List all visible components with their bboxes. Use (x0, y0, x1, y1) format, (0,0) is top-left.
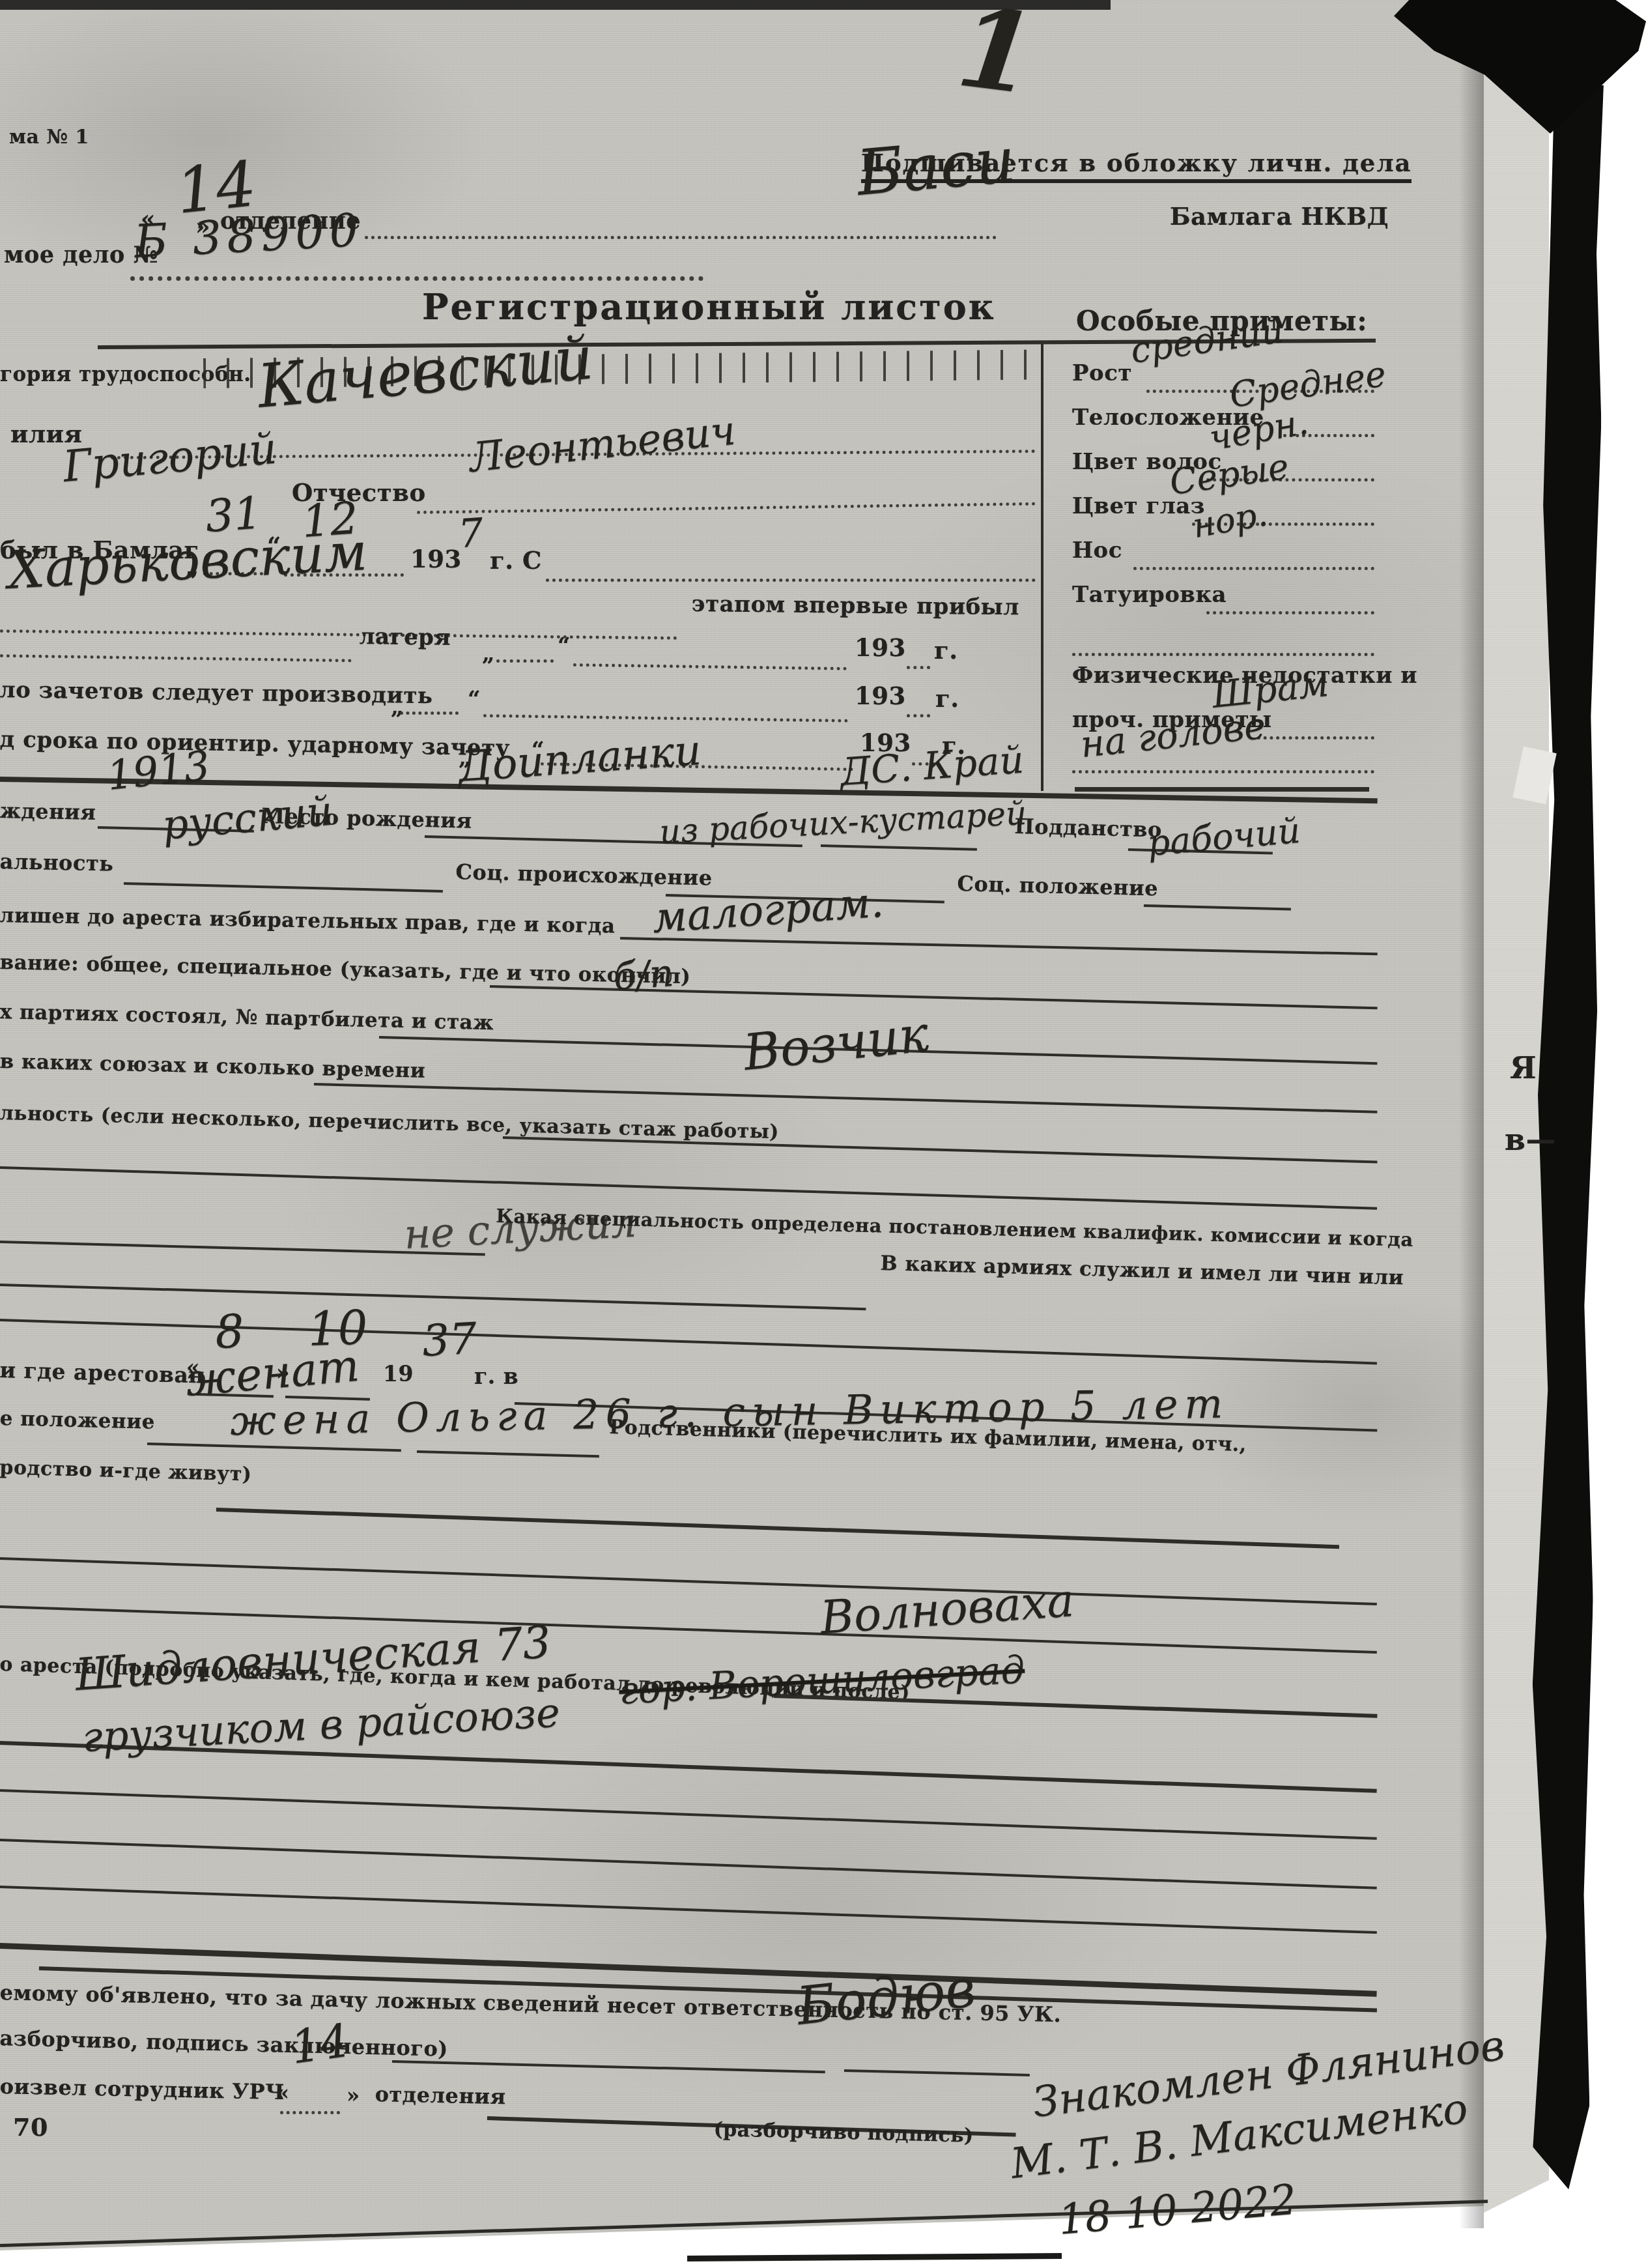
page-title: Регистрационный листок (422, 289, 996, 324)
marks-bottom-rule (1075, 787, 1369, 792)
camp-year-suffix: г. (934, 639, 958, 663)
camp-close-quote: “ (558, 635, 571, 657)
credits-label: ло зачетов следует производить (0, 679, 433, 707)
arrival-year-handwritten: 7 (457, 513, 485, 554)
nose-label: Нос (1072, 539, 1122, 562)
arrest-label: и где арестован (0, 1359, 205, 1386)
scan-top-edge (0, 0, 1111, 10)
page-number-handwritten: 1 (952, 0, 1042, 109)
form-number-label: ма № 1 (9, 128, 89, 147)
marital-status-label: е положение (0, 1409, 155, 1433)
credits-close-quote: “ (468, 688, 481, 710)
arrival-suffix: г. С (490, 549, 542, 573)
party-value-handwritten: б/п (612, 954, 675, 996)
arrest-year-handwritten: 37 (421, 1317, 478, 1363)
nationality-label: альность (0, 851, 114, 874)
officer-label-part2: отделения (375, 2084, 506, 2107)
citizenship-label: Подданство (1014, 816, 1162, 840)
scanned-registration-form: ма № 1 Подшивается в обложку личн. дела … (0, 0, 1646, 2268)
column-divider (1041, 341, 1043, 791)
adjacent-page-fragment-1: Я (1510, 1053, 1537, 1083)
case-number-handwritten: Б 38900 (133, 207, 365, 265)
arrest-day-handwritten: 8 (214, 1308, 245, 1355)
birth-year-label: ждения (0, 800, 96, 823)
camp-open-quote: „ (482, 642, 495, 665)
paper-edge-shadow (1459, 0, 1484, 2228)
social-origin-label: Соц. происхождение (455, 861, 713, 889)
officer-label-part1: оизвел сотрудник УРЧ (0, 2076, 285, 2103)
social-position-label: Соц. положение (957, 873, 1158, 899)
height-label: Рост (1072, 362, 1132, 384)
next-page-sliver (687, 2253, 1062, 2261)
arrest-year-print: 19 (383, 1363, 414, 1385)
camp-row-label: лагеря (360, 625, 451, 649)
camp-name: Бамлага НКВД (1170, 205, 1389, 229)
arrival-year-print: 193 (410, 547, 462, 571)
tattoo-label: Татуировка (1072, 584, 1227, 606)
credits-year-suffix: г. (935, 687, 959, 711)
credits-year-print: 193 (855, 684, 906, 708)
camp-year-print: 193 (855, 636, 906, 660)
officer-dept-handwritten: 14 (288, 2017, 352, 2071)
officer-open-quote: « (276, 2082, 290, 2103)
arrest-suffix: г. в (474, 1366, 518, 1387)
page-number-printed: 70 (13, 2115, 48, 2140)
birth-year-value-handwritten: 1913 (106, 745, 212, 796)
etap-label: этапом впервые прибыл (692, 593, 1019, 618)
dept-name-handwritten: Баси (855, 128, 1018, 205)
adjacent-page-fragment-2: в— (1505, 1125, 1556, 1155)
army-value-handwritten: не служил (403, 1202, 638, 1255)
officer-close-quote: » (347, 2085, 360, 2106)
